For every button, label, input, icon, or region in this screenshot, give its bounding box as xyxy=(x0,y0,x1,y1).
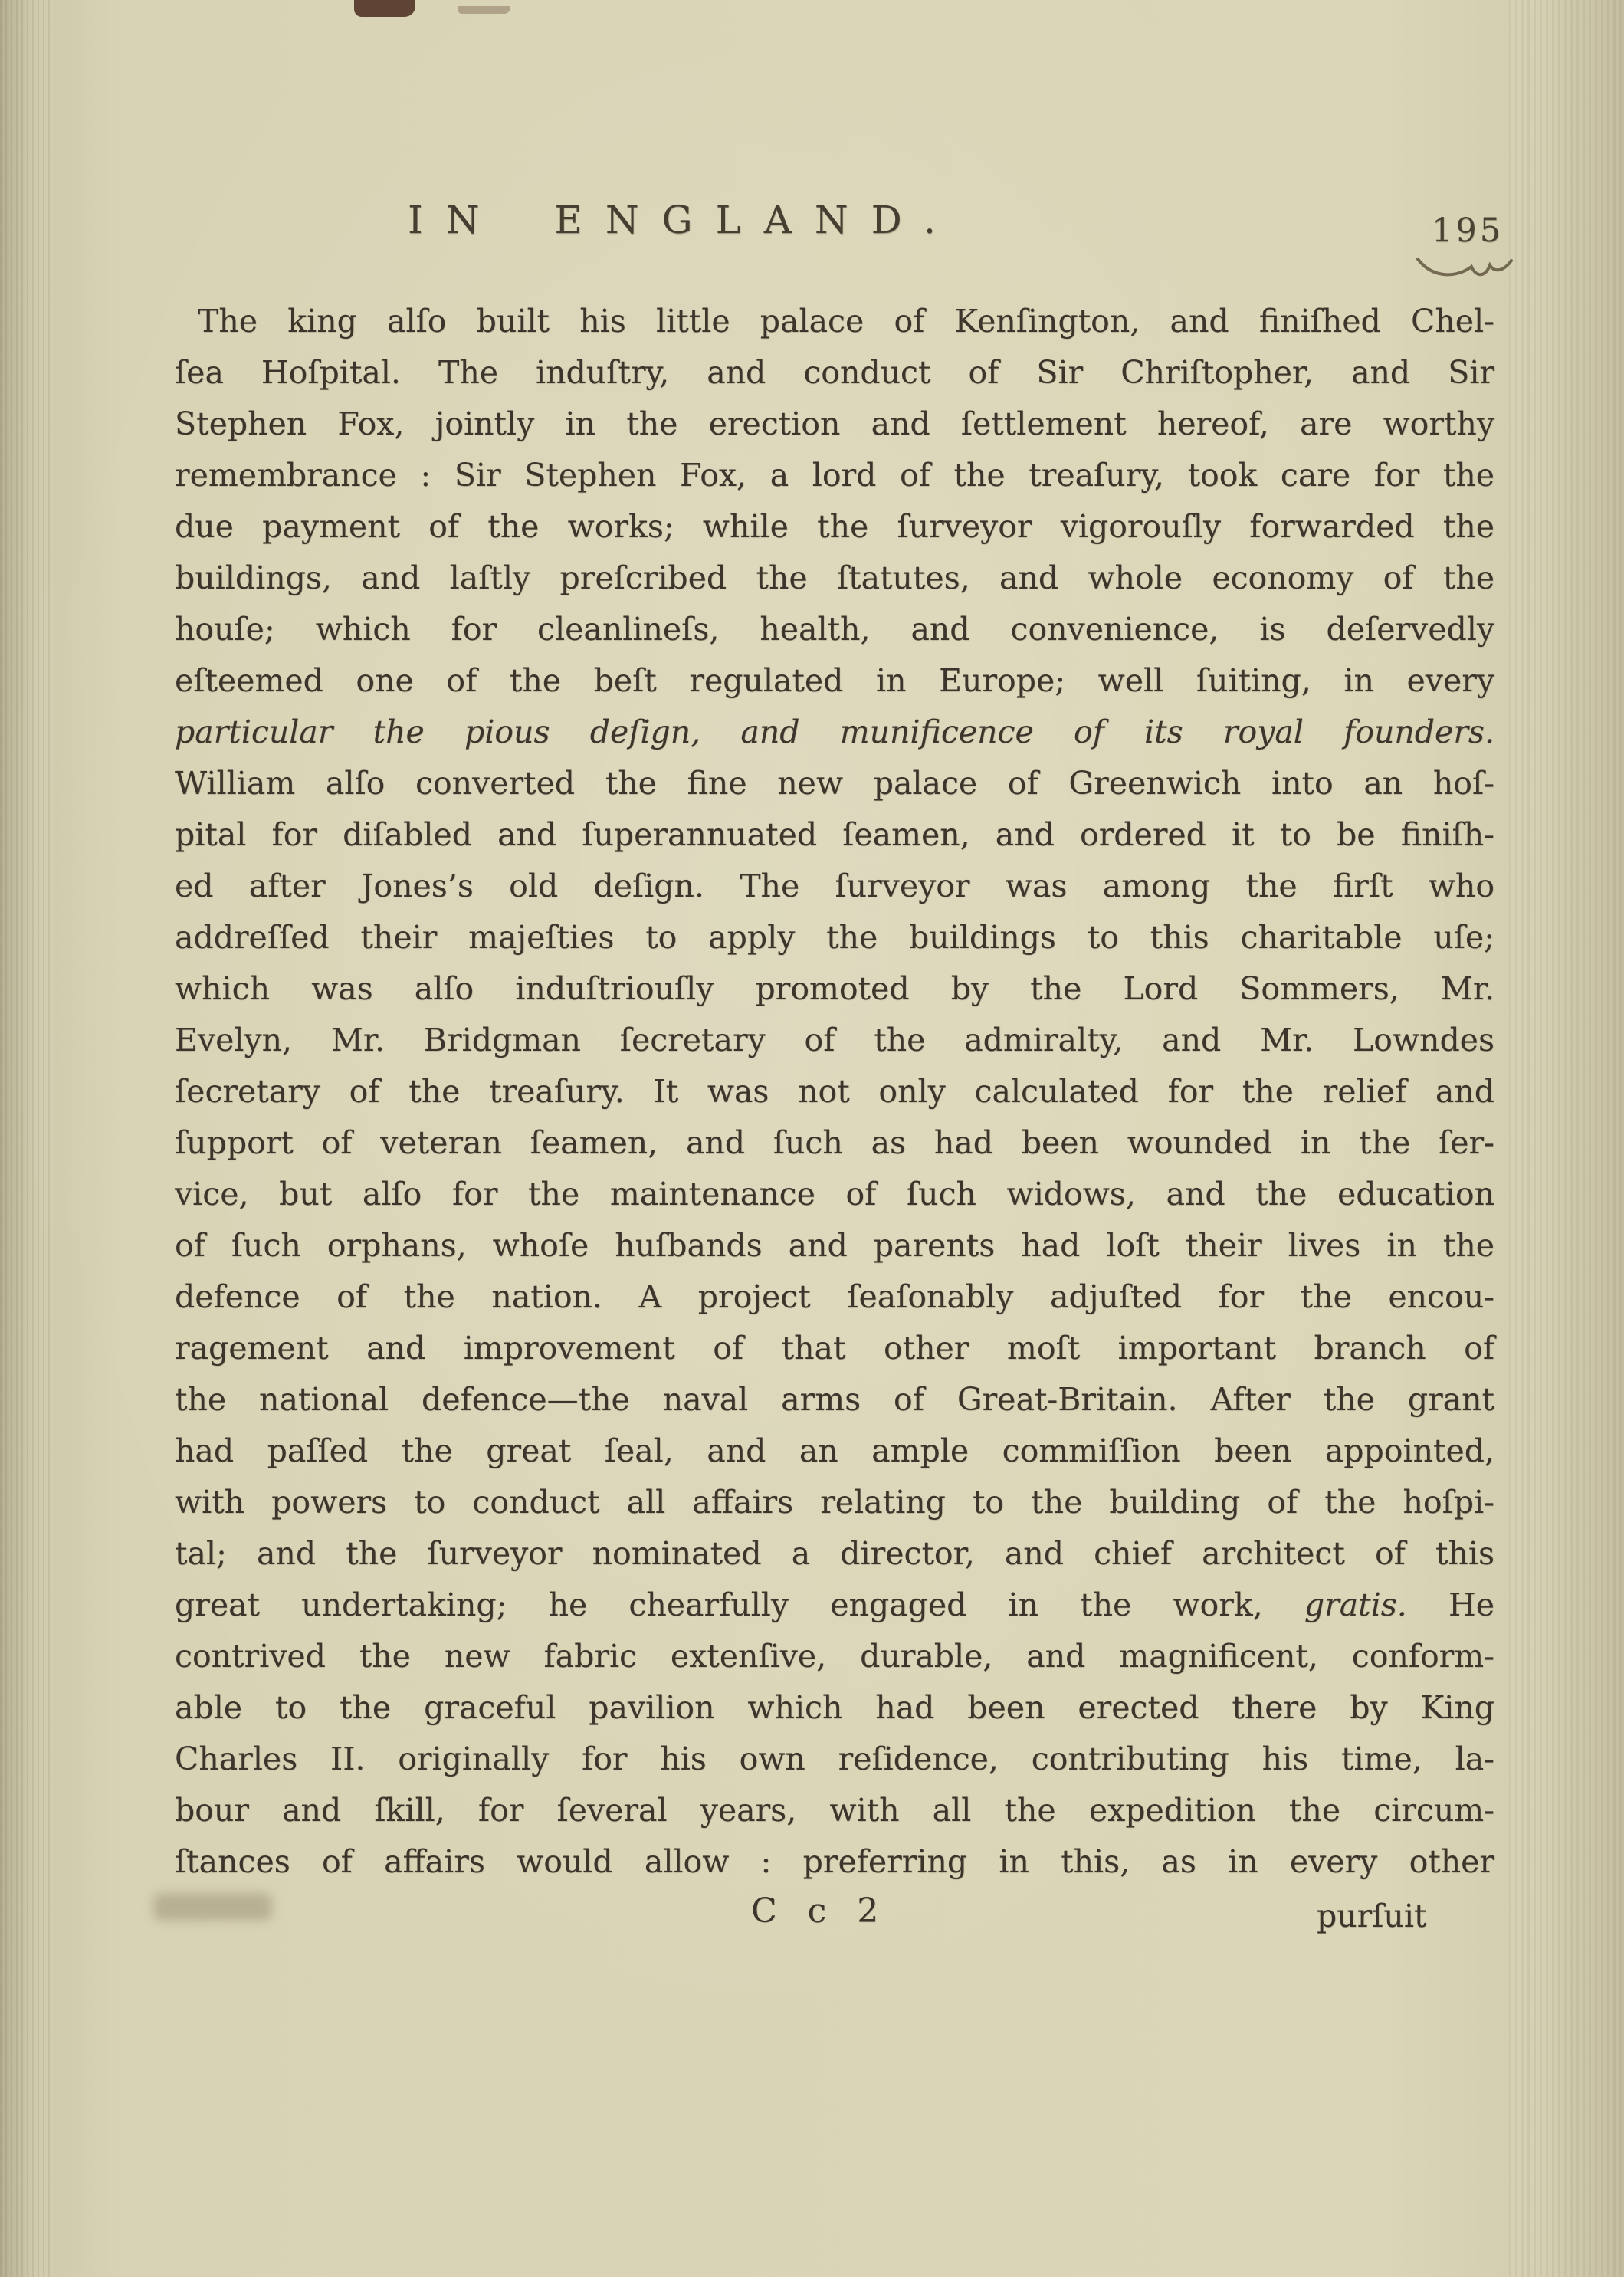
text-line: ragement and improvement of that other m… xyxy=(175,1323,1494,1374)
text-line: Stephen Fox, jointly in the erection and… xyxy=(175,399,1494,450)
text-line: remembrance : Sir Stephen Fox, a lord of… xyxy=(175,450,1494,501)
signature-mark: C c 2 xyxy=(751,1891,886,1931)
text-line: ſtances of affairs would allow : preferr… xyxy=(175,1836,1494,1888)
text-line: bour and ſkill, for ſeveral years, with … xyxy=(175,1785,1494,1836)
text-line: had paſſed the great ſeal, and an ample … xyxy=(175,1426,1494,1477)
text-line: particular the pious deſign, and munific… xyxy=(175,707,1494,758)
text-line: able to the graceful pavilion which had … xyxy=(175,1682,1494,1734)
binding-mark xyxy=(354,0,415,17)
paper-texture-left xyxy=(0,0,54,2277)
running-header: IN ENGLAND. xyxy=(408,198,959,242)
text-line: ſupport of veteran ſeamen, and ſuch as h… xyxy=(175,1117,1494,1169)
text-line: contrived the new fabric extenſive, dura… xyxy=(175,1631,1494,1682)
text-line: vice, but alſo for the maintenance of ſu… xyxy=(175,1169,1494,1220)
catchword: purſuit xyxy=(1317,1898,1426,1934)
text-line: pital for diſabled and ſuperannuated ſea… xyxy=(175,809,1494,861)
text-line: tal; and the ſurveyor nominated a direct… xyxy=(175,1528,1494,1580)
text-line: defence of the nation. A project ſeaſona… xyxy=(175,1271,1494,1323)
text-line: due payment of the works; while the ſurv… xyxy=(175,501,1494,553)
text-line: ſea Hoſpital. The induſtry, and conduct … xyxy=(175,347,1494,399)
text-line: Evelyn, Mr. Bridgman ſecretary of the ad… xyxy=(175,1015,1494,1066)
body-text: The king alſo built his little palace of… xyxy=(175,296,1494,1888)
page-number: 195 xyxy=(1432,212,1504,250)
text-line: William alſo converted the fine new pala… xyxy=(175,758,1494,809)
text-line: eſteemed one of the beſt regulated in Eu… xyxy=(175,655,1494,707)
text-line: which was alſo induſtriouſly promoted by… xyxy=(175,963,1494,1015)
page-number-flourish-icon xyxy=(1415,254,1514,285)
text-line: buildings, and laſtly preſcribed the ſta… xyxy=(175,553,1494,604)
text-line: ſecretary of the treaſury. It was not on… xyxy=(175,1066,1494,1117)
text-line: great undertaking; he chearfully engaged… xyxy=(175,1580,1494,1631)
text-line: of ſuch orphans, whoſe huſbands and pare… xyxy=(175,1220,1494,1271)
text-line: addreſſed their majeſties to apply the b… xyxy=(175,912,1494,963)
text-line: with powers to conduct all affairs relat… xyxy=(175,1477,1494,1528)
text-line: houſe; which for cleanlineſs, health, an… xyxy=(175,604,1494,655)
text-line: ed after Jones’s old deſign. The ſurveyo… xyxy=(175,861,1494,912)
text-line: The king alſo built his little palace of… xyxy=(175,296,1494,347)
ink-smudge xyxy=(153,1893,272,1921)
paper-texture-right xyxy=(1509,0,1624,2277)
text-line: the national defence—the naval arms of G… xyxy=(175,1374,1494,1426)
book-page-scan: IN ENGLAND. 195 The king alſo built his … xyxy=(0,0,1624,2277)
text-line: Charles II. originally for his own reſid… xyxy=(175,1734,1494,1785)
